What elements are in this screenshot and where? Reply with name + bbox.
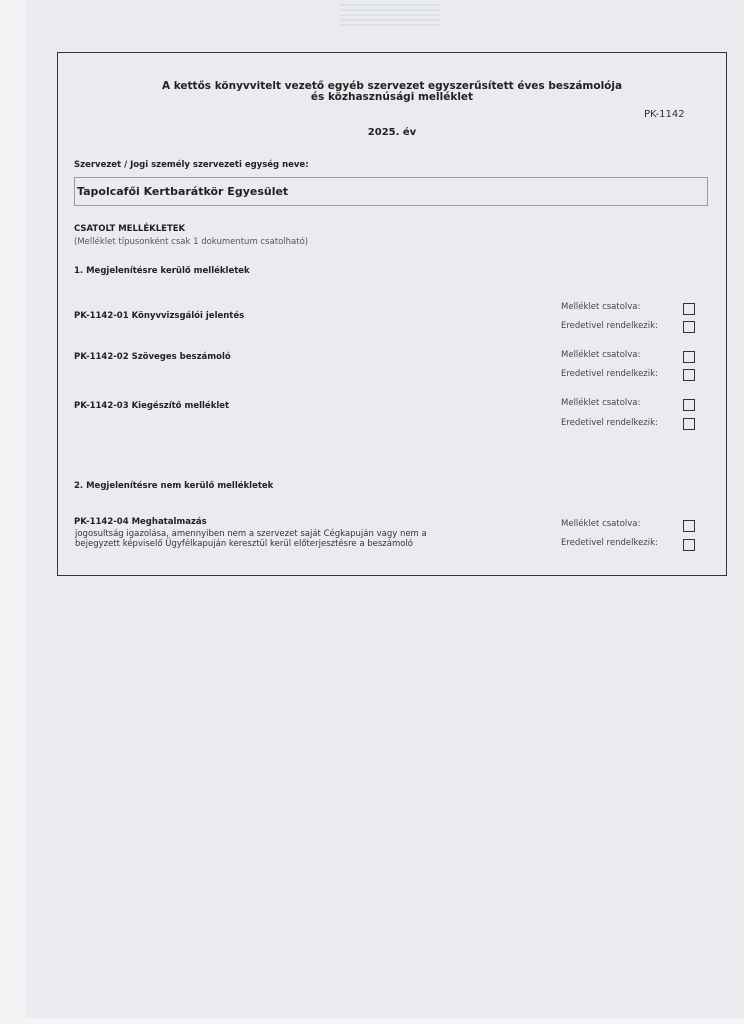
original-label: Eredetivel rendelkezik: (561, 418, 658, 428)
attached-checkbox[interactable] (683, 520, 695, 532)
original-label: Eredetivel rendelkezik: (561, 321, 658, 331)
original-checkbox[interactable] (683, 369, 695, 381)
attached-label: Melléklet csatolva: (561, 519, 640, 529)
original-checkbox[interactable] (683, 539, 695, 551)
section2-heading: 2. Megjelenítésre nem kerülő mellékletek (74, 481, 273, 491)
form-title-line2: és közhasznúsági melléklet (58, 92, 726, 103)
attached-label: Melléklet csatolva: (561, 302, 640, 312)
attached-checkbox[interactable] (683, 399, 695, 411)
attachment-title: PK-1142-02 Szöveges beszámoló (74, 352, 231, 362)
form-year: 2025. év (58, 127, 726, 138)
scan-margin-left (0, 0, 26, 1024)
attachments-heading: CSATOLT MELLÉKLETEK (74, 224, 185, 234)
original-checkbox[interactable] (683, 418, 695, 430)
attachment-description-line2: bejegyzett képviselő Ügyfélkapuján keres… (75, 539, 413, 549)
original-checkbox[interactable] (683, 321, 695, 333)
attachment-description-line1: jogosultság igazolása, amennyiben nem a … (75, 529, 427, 539)
attachment-title: PK-1142-03 Kiegészítő melléklet (74, 401, 229, 411)
attachments-note: (Melléklet típusonként csak 1 dokumentum… (74, 237, 308, 247)
section1-heading: 1. Megjelenítésre kerülő mellékletek (74, 266, 250, 276)
attached-label: Melléklet csatolva: (561, 350, 640, 360)
bleed-through-stamp (340, 2, 440, 26)
attached-label: Melléklet csatolva: (561, 398, 640, 408)
form-code: PK-1142 (644, 109, 685, 120)
organization-name-field[interactable]: Tapolcafői Kertbarátkör Egyesület (74, 177, 708, 206)
original-label: Eredetivel rendelkezik: (561, 538, 658, 548)
attachment-title: PK-1142-01 Könyvvizsgálói jelentés (74, 311, 244, 321)
attachment-title: PK-1142-04 Meghatalmazás (74, 517, 207, 527)
original-label: Eredetivel rendelkezik: (561, 369, 658, 379)
organization-label: Szervezet / Jogi személy szervezeti egys… (74, 160, 309, 170)
organization-name-value: Tapolcafői Kertbarátkör Egyesület (77, 185, 288, 198)
attached-checkbox[interactable] (683, 303, 695, 315)
attached-checkbox[interactable] (683, 351, 695, 363)
form-frame: A kettős könyvvitelt vezető egyéb szerve… (57, 52, 727, 576)
scan-margin-bottom (0, 1018, 744, 1024)
